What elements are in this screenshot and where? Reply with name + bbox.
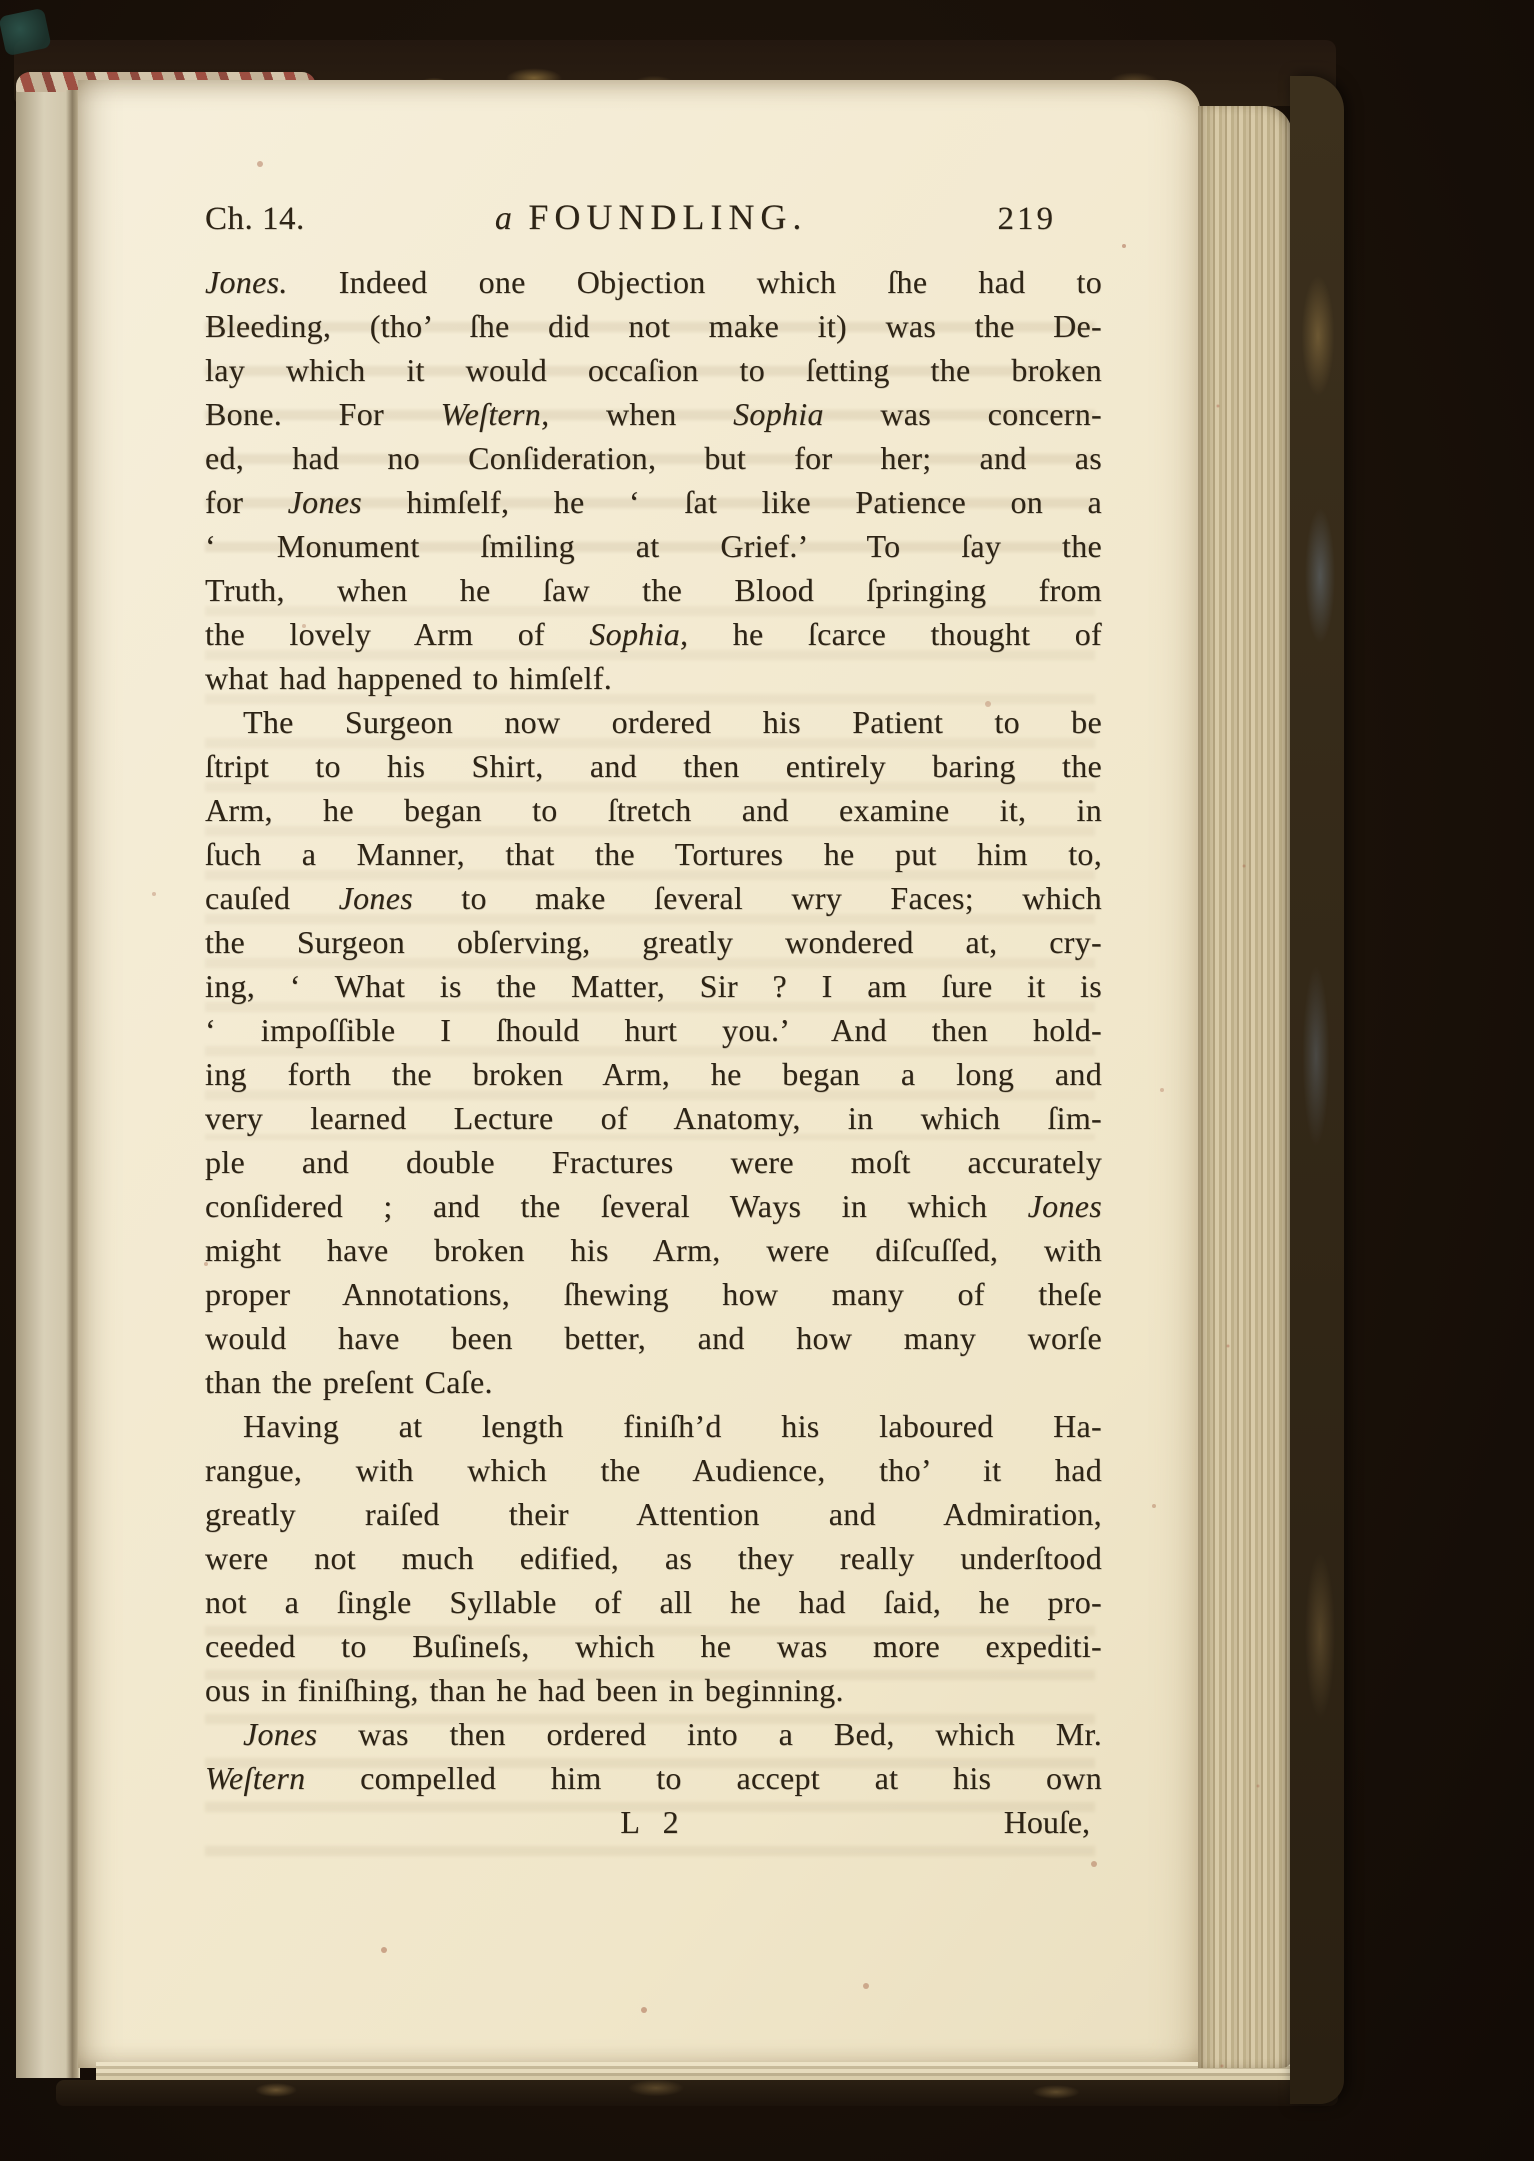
text-line: would have been better, and how many wor… [205, 1316, 1102, 1360]
signature-mark: L 2 [205, 1800, 1102, 1844]
text-line: ſuch a Manner, that the Tortures he put … [205, 832, 1102, 876]
running-header: Ch. 14. aFOUNDLING. 219 [205, 196, 1102, 254]
book-cover-right-edge [1290, 76, 1344, 2104]
text-line: ous in finiſhing, than he had been in be… [205, 1668, 1102, 1712]
text-line: proper Annotations, ſhewing how many of … [205, 1272, 1102, 1316]
text-line: greatly raiſed their Attention and Admir… [205, 1492, 1102, 1536]
text-line: ‘ impoſſible I ſhould hurt you.’ And the… [205, 1008, 1102, 1052]
book-cover-bottom-edge [56, 2080, 1338, 2106]
fore-edge-page-stack [1198, 106, 1292, 2068]
page-footer: L 2 Houſe, [205, 1800, 1102, 1844]
text-line: for Jones himſelf, he ‘ ſat like Patienc… [205, 480, 1102, 524]
text-line: what had happened to himſelf. [205, 656, 1102, 700]
text-line: not a ſingle Syllable of all he had ſaid… [205, 1580, 1102, 1624]
book-photograph: Ch. 14. aFOUNDLING. 219 Jones. Indeed on… [0, 0, 1534, 2161]
foxing-spots [0, 0, 4, 4]
text-line: conſidered ; and the ſeveral Ways in whi… [205, 1184, 1102, 1228]
text-line: The Surgeon now ordered his Patient to b… [205, 700, 1102, 744]
running-title-article: a [495, 200, 513, 237]
text-line: rangue, with which the Audience, tho’ it… [205, 1448, 1102, 1492]
page-number: 219 [998, 201, 1103, 238]
text-line: Jones. Indeed one Objection which ſhe ha… [205, 260, 1102, 304]
text-line: Jones was then ordered into a Bed, which… [205, 1712, 1102, 1756]
text-line: very learned Lecture of Anatomy, in whic… [205, 1096, 1102, 1140]
text-line: Having at length finiſh’d his laboured H… [205, 1404, 1102, 1448]
running-title-text: FOUNDLING. [528, 197, 807, 237]
text-line: ing, ‘ What is the Matter, Sir ? I am ſu… [205, 964, 1102, 1008]
body-text: Jones. Indeed one Objection which ſhe ha… [205, 260, 1102, 1800]
text-line: ing forth the broken Arm, he began a lon… [205, 1052, 1102, 1096]
text-line: Bleeding, (tho’ ſhe did not make it) was… [205, 304, 1102, 348]
text-line: might have broken his Arm, were diſcuſſe… [205, 1228, 1102, 1272]
text-line: ſtript to his Shirt, and then entirely b… [205, 744, 1102, 788]
text-line: Arm, he began to ſtretch and examine it,… [205, 788, 1102, 832]
chapter-label: Ch. 14. [205, 201, 305, 238]
text-line: ceeded to Buſineſs, which he was more ex… [205, 1624, 1102, 1668]
text-line: the lovely Arm of Sophia, he ſcarce thou… [205, 612, 1102, 656]
text-line: ple and double Fractures were moſt accur… [205, 1140, 1102, 1184]
text-line: ‘ Monument ſmiling at Grief.’ To ſay the [205, 524, 1102, 568]
text-line: lay which it would occaſion to ſetting t… [205, 348, 1102, 392]
printed-text: Ch. 14. aFOUNDLING. 219 Jones. Indeed on… [205, 196, 1102, 1844]
running-title: aFOUNDLING. [305, 196, 998, 238]
text-line: cauſed Jones to make ſeveral wry Faces; … [205, 876, 1102, 920]
text-line: Truth, when he ſaw the Blood ſpringing f… [205, 568, 1102, 612]
text-line: Weſtern compelled him to accept at his o… [205, 1756, 1102, 1800]
text-line: the Surgeon obſerving, greatly wondered … [205, 920, 1102, 964]
text-line: were not much edified, as they really un… [205, 1536, 1102, 1580]
text-line: than the preſent Caſe. [205, 1360, 1102, 1404]
catchword: Houſe, [1004, 1800, 1090, 1844]
text-line: Bone. For Weſtern, when Sophia was conce… [205, 392, 1102, 436]
text-line: ed, had no Conſideration, but for her; a… [205, 436, 1102, 480]
